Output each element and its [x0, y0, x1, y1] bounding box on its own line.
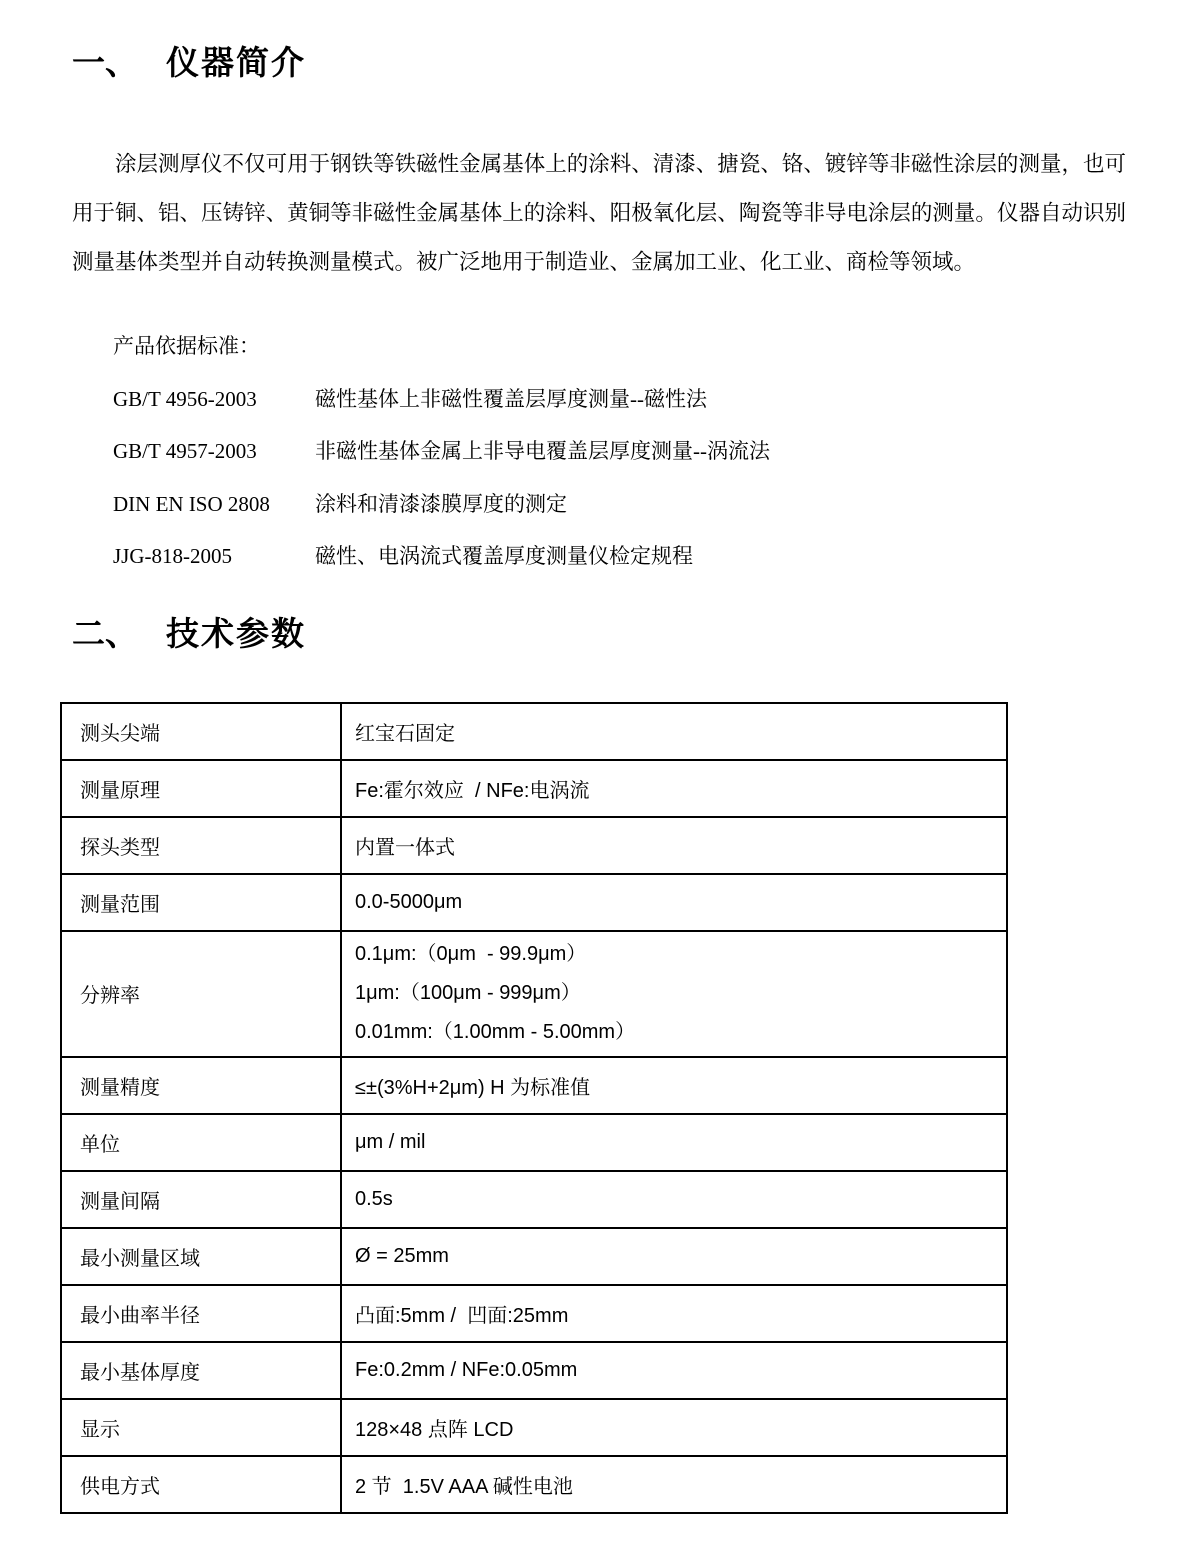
standards-label: 产品依据标准：: [113, 320, 1126, 373]
table-row: 测量原理Fe:霍尔效应 / NFe:电涡流: [61, 760, 1007, 817]
spec-label: 测量范围: [61, 874, 341, 931]
standard-code: DIN EN ISO 2808: [113, 478, 315, 531]
spec-value: 内置一体式: [341, 817, 1007, 874]
standard-code: GB/T 4956-2003: [113, 373, 315, 426]
spec-value: 0.1μm:（0μm - 99.9μm）1μm:（100μm - 999μm）0…: [341, 931, 1007, 1057]
spec-value: 0.5s: [341, 1171, 1007, 1228]
standard-desc: 磁性基体上非磁性覆盖层厚度测量--磁性法: [315, 373, 1126, 426]
spec-label: 单位: [61, 1114, 341, 1171]
standard-item: JJG-818-2005磁性、电涡流式覆盖厚度测量仪检定规程: [113, 530, 1126, 583]
spec-value-line: 0.1μm:（0μm - 99.9μm）: [355, 935, 1000, 974]
table-row: 最小测量区域Ø = 25mm: [61, 1228, 1007, 1285]
standard-code: JJG-818-2005: [113, 530, 315, 583]
table-row: 探头类型内置一体式: [61, 817, 1007, 874]
section1-number: 一、: [72, 46, 138, 82]
standards-list: GB/T 4956-2003磁性基体上非磁性覆盖层厚度测量--磁性法GB/T 4…: [113, 373, 1126, 583]
spec-value: Ø = 25mm: [341, 1228, 1007, 1285]
spec-value: 128×48 点阵 LCD: [341, 1399, 1007, 1456]
standard-desc: 非磁性基体金属上非导电覆盖层厚度测量--涡流法: [315, 425, 1126, 478]
section2-heading: 二、技术参数: [72, 613, 1126, 658]
spec-label: 分辨率: [61, 931, 341, 1057]
standard-desc: 磁性、电涡流式覆盖厚度测量仪检定规程: [315, 530, 1126, 583]
standard-item: DIN EN ISO 2808涂料和清漆漆膜厚度的测定: [113, 478, 1126, 531]
standard-item: GB/T 4956-2003磁性基体上非磁性覆盖层厚度测量--磁性法: [113, 373, 1126, 426]
section2-title: 技术参数: [166, 617, 306, 653]
table-row: 显示128×48 点阵 LCD: [61, 1399, 1007, 1456]
spec-value: 红宝石固定: [341, 703, 1007, 760]
spec-value-line: 0.01mm:（1.00mm - 5.00mm）: [355, 1013, 1000, 1052]
specs-table-body: 测头尖端红宝石固定测量原理Fe:霍尔效应 / NFe:电涡流探头类型内置一体式测…: [61, 703, 1007, 1513]
intro-paragraph: 涂层测厚仪不仅可用于钢铁等铁磁性金属基体上的涂料、清漆、搪瓷、铬、镀锌等非磁性涂…: [72, 140, 1126, 287]
section2-number: 二、: [72, 617, 138, 653]
spec-label: 供电方式: [61, 1456, 341, 1513]
table-row: 单位μm / mil: [61, 1114, 1007, 1171]
spec-value-line: 1μm:（100μm - 999μm）: [355, 974, 1000, 1013]
document-page: 一、仪器简介 涂层测厚仪不仅可用于钢铁等铁磁性金属基体上的涂料、清漆、搪瓷、铬、…: [0, 0, 1198, 1555]
spec-label: 探头类型: [61, 817, 341, 874]
section1-heading: 一、仪器简介: [72, 42, 1126, 87]
standard-desc: 涂料和清漆漆膜厚度的测定: [315, 478, 1126, 531]
spec-value: ≤±(3%H+2μm) H 为标准值: [341, 1057, 1007, 1114]
spec-label: 显示: [61, 1399, 341, 1456]
spec-label: 测量精度: [61, 1057, 341, 1114]
spec-label: 最小曲率半径: [61, 1285, 341, 1342]
spec-value: μm / mil: [341, 1114, 1007, 1171]
table-row: 测量精度≤±(3%H+2μm) H 为标准值: [61, 1057, 1007, 1114]
section1-title: 仪器简介: [166, 46, 306, 82]
spec-value: 凸面:5mm / 凹面:25mm: [341, 1285, 1007, 1342]
standard-item: GB/T 4957-2003非磁性基体金属上非导电覆盖层厚度测量--涡流法: [113, 425, 1126, 478]
specs-table: 测头尖端红宝石固定测量原理Fe:霍尔效应 / NFe:电涡流探头类型内置一体式测…: [60, 702, 1008, 1514]
spec-label: 测头尖端: [61, 703, 341, 760]
table-row: 最小基体厚度Fe:0.2mm / NFe:0.05mm: [61, 1342, 1007, 1399]
spec-label: 测量原理: [61, 760, 341, 817]
spec-value: 0.0-5000μm: [341, 874, 1007, 931]
standard-code: GB/T 4957-2003: [113, 425, 315, 478]
table-row: 测量间隔0.5s: [61, 1171, 1007, 1228]
table-row: 供电方式2 节 1.5V AAA 碱性电池: [61, 1456, 1007, 1513]
spec-label: 测量间隔: [61, 1171, 341, 1228]
table-row: 测头尖端红宝石固定: [61, 703, 1007, 760]
spec-label: 最小测量区域: [61, 1228, 341, 1285]
spec-value: Fe:0.2mm / NFe:0.05mm: [341, 1342, 1007, 1399]
standards-block: 产品依据标准： GB/T 4956-2003磁性基体上非磁性覆盖层厚度测量--磁…: [113, 320, 1126, 583]
spec-value: Fe:霍尔效应 / NFe:电涡流: [341, 760, 1007, 817]
table-row: 最小曲率半径凸面:5mm / 凹面:25mm: [61, 1285, 1007, 1342]
table-row: 测量范围0.0-5000μm: [61, 874, 1007, 931]
spec-value: 2 节 1.5V AAA 碱性电池: [341, 1456, 1007, 1513]
spec-label: 最小基体厚度: [61, 1342, 341, 1399]
table-row: 分辨率0.1μm:（0μm - 99.9μm）1μm:（100μm - 999μ…: [61, 931, 1007, 1057]
